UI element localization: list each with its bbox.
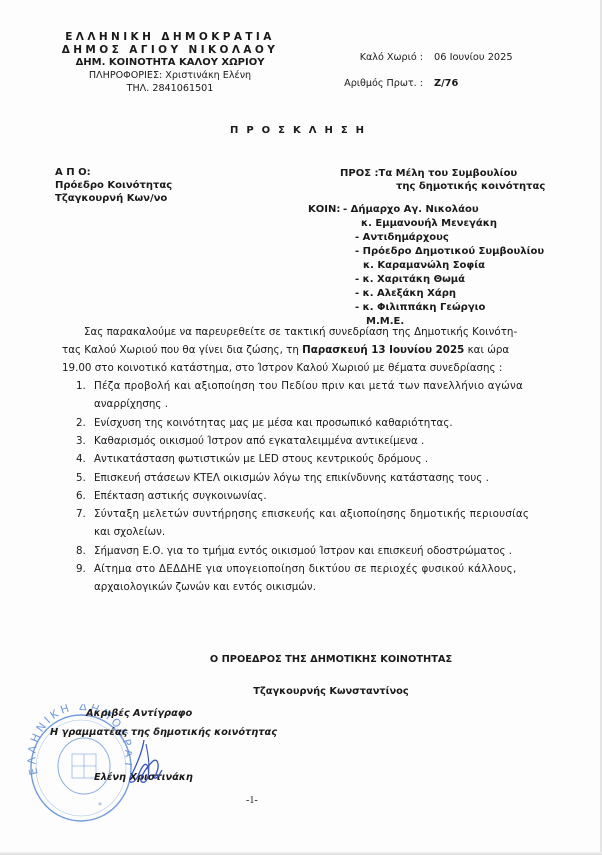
document-title: ΠΡΟΣΚΛΗΣΗ <box>0 125 602 136</box>
from-line2: Τζαγκουρνή Κων/νο <box>55 192 167 205</box>
protocol-label: Αριθμός Πρωτ. : <box>303 78 423 89</box>
agenda-item: 5.Επισκευή στάσεων ΚΤΕΛ οικισμών λόγω τη… <box>76 469 489 487</box>
cc-line: κ. Εμμανουήλ Μενεγάκη <box>361 217 497 230</box>
agenda-item-text: Ενίσχυση της κοινότητας μας με μέσα και … <box>94 417 453 429</box>
document-page: ΕΛΛΗΝΙΚΗ ΔΗΜΟΚΡΑΤΙΑ ΔΗΜΟΣ ΑΓΙΟΥ ΝΙΚΟΛΑΟΥ… <box>0 0 602 855</box>
body-text: τας Καλού Χωριού που θα γίνει δια ζώσης,… <box>62 344 302 356</box>
signature-title: Ο ΠΡΟΕΔΡΟΣ ΤΗΣ ΔΗΜΟΤΙΚΗΣ ΚΟΙΝΟΤΗΤΑΣ <box>0 654 602 665</box>
agenda-item-text: Επισκευή στάσεων ΚΤΕΛ οικισμών λόγω της … <box>94 472 489 484</box>
meeting-date: Παρασκευή 13 Ιουνίου 2025 <box>302 344 464 356</box>
agenda-item-text: Καθαρισμός οικισμού Ίστρον από εγκαταλει… <box>94 435 424 447</box>
agenda-item-number: 4. <box>76 450 94 468</box>
header-info: ΠΛΗΡΟΦΟΡΙΕΣ: Χριστινάκη Ελένη <box>30 70 310 82</box>
header-country: ΕΛΛΗΝΙΚΗ ΔΗΜΟΚΡΑΤΙΑ <box>30 31 310 43</box>
agenda-item: 1.Πέζα προβολή και αξιοποίηση του Πεδίου… <box>76 377 523 395</box>
cc-line: - Δήμαρχο Αγ. Νικολάου <box>343 203 479 216</box>
cc-line: κ. Καραμανώλη Σοφία <box>363 259 485 272</box>
official-stamp-icon: ΕΛΛΗΝΙΚΗ ΔΗΜΟΚΡΑΤΙΑ * <box>26 704 132 822</box>
secretary-title: Η γραμματέας της δημοτικής κοινότητας <box>50 727 277 738</box>
agenda-item-number: 6. <box>76 487 94 505</box>
header-municipality: ΔΗΜΟΣ ΑΓΙΟΥ ΝΙΚΟΛΑΟΥ <box>30 44 310 56</box>
cc-line: - Πρόεδρο Δημοτικού Συμβουλίου <box>355 245 544 258</box>
agenda-item: 9.Αίτημα στο ΔΕΔΔΗΕ για υπογειοποίηση δι… <box>76 560 517 578</box>
header-community: ΔΗΜ. ΚΟΙΝΟΤΗΤΑ ΚΑΛΟΥ ΧΩΡΙΟΥ <box>30 57 310 69</box>
agenda-item-number: 9. <box>76 560 94 578</box>
agenda-item-number: 8. <box>76 542 94 560</box>
agenda-item-text: Επέκταση αστικής συγκοινωνίας. <box>94 490 267 502</box>
agenda-item-continuation: αναρρίχησης . <box>94 395 168 413</box>
body-line-1: Σας παρακαλούμε να παρευρεθείτε σε τακτι… <box>84 323 517 341</box>
header-phone: ΤΗΛ. 2841061501 <box>30 83 310 95</box>
cc-line: - κ. Χαριτάκη Θωμά <box>355 273 465 286</box>
agenda-item-number: 1. <box>76 377 94 395</box>
agenda-item-number: 5. <box>76 469 94 487</box>
from-label: Α Π Ο: <box>55 166 91 179</box>
svg-text:*: * <box>98 801 102 810</box>
agenda-item: 3.Καθαρισμός οικισμού Ίστρον από εγκαταλ… <box>76 432 424 450</box>
agenda-item: 2.Ενίσχυση της κοινότητας μας με μέσα κα… <box>76 414 453 432</box>
agenda-item: 4.Αντικατάσταση φωτιστικών με LED στους … <box>76 450 428 468</box>
cc-line: - Αντιδημάρχους <box>355 231 449 244</box>
handwritten-signature-icon <box>124 738 164 788</box>
body-text: και ώρα <box>464 344 509 356</box>
to-label: ΠΡΟΣ :Τα Μέλη του Συμβουλίου <box>340 167 517 180</box>
agenda-item-text: Σύνταξη μελετών συντήρησης επισκευής και… <box>94 508 529 520</box>
agenda-item: 8.Σήμανση Ε.Ο. για το τμήμα εντός οικισμ… <box>76 542 512 560</box>
agenda-item-continuation: αρχαιολογικών ζωνών και εντός οικισμών. <box>94 578 316 596</box>
agenda-item: 7.Σύνταξη μελετών συντήρησης επισκευής κ… <box>76 505 529 523</box>
agenda-item-number: 7. <box>76 505 94 523</box>
agenda-item-continuation: και σχολείων. <box>94 523 165 541</box>
signature-name: Τζαγκουρνής Κωνσταντίνος <box>0 686 602 697</box>
body-line-3: 19.00 στο κοινοτικό κατάστημα, στο Ίστρο… <box>62 359 502 377</box>
cc-line: - κ. Αλεξάκη Χάρη <box>355 287 456 300</box>
agenda-item-number: 2. <box>76 414 94 432</box>
agenda-item-text: Αντικατάσταση φωτιστικών με LED στους κε… <box>94 453 428 465</box>
protocol-number: Ζ/76 <box>434 78 458 89</box>
body-line-2: τας Καλού Χωριού που θα γίνει δια ζώσης,… <box>62 341 509 359</box>
certified-copy-label: Ακριβές Αντίγραφο <box>86 708 192 719</box>
cc-line: - κ. Φιλιππάκη Γεώργιο <box>355 301 485 314</box>
cc-label: ΚΟΙΝ: <box>308 203 340 216</box>
agenda-item-text: Σήμανση Ε.Ο. για το τμήμα εντός οικισμού… <box>94 545 512 557</box>
place-label: Καλό Χωριό : <box>303 52 423 63</box>
agenda-item-number: 3. <box>76 432 94 450</box>
agenda-item: 6.Επέκταση αστικής συγκοινωνίας. <box>76 487 267 505</box>
date-value: 06 Ιουνίου 2025 <box>434 52 513 63</box>
to-line2: της δημοτικής κοινότητας <box>396 180 545 193</box>
agenda-item-text: Αίτημα στο ΔΕΔΔΗΕ για υπογειοποίηση δικτ… <box>94 563 517 575</box>
agenda-item-text: Πέζα προβολή και αξιοποίηση του Πεδίου π… <box>94 380 523 392</box>
from-line1: Πρόεδρο Κοινότητας <box>55 179 172 192</box>
page-number: -1- <box>246 795 258 806</box>
